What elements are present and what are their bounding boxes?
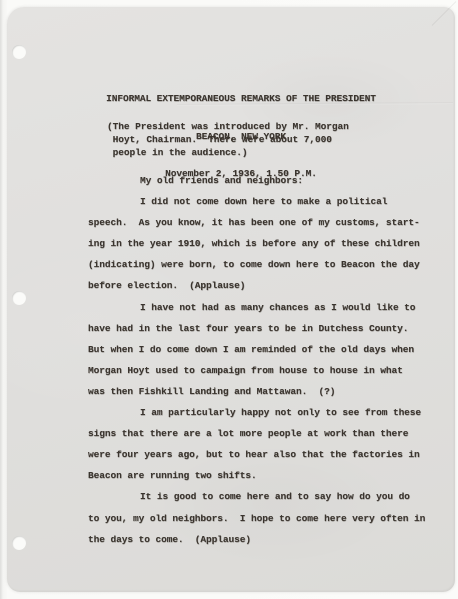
typed-line: the days to come. (Applause) [88,529,425,550]
typed-line: I did not come down here to make a polit… [88,191,425,212]
punch-hole-bottom [12,536,26,550]
punch-hole-middle [12,291,26,305]
scan-background: INFORMAL EXTEMPORANEOUS REMARKS OF THE P… [0,0,458,599]
typed-line: It is good to come here and to say how d… [88,486,425,507]
typed-line: But when I do come down I am reminded of… [88,339,425,360]
introduction-note-line: (The President was introduced by Mr. Mor… [107,120,349,133]
document-title: INFORMAL EXTEMPORANEOUS REMARKS OF THE P… [17,93,458,106]
typed-line: were four years ago, but to hear also th… [88,444,425,465]
typed-line: (indicating) were born, to come down her… [88,254,425,275]
typed-line: I am particularly happy not only to see … [88,402,425,423]
typed-line: Beacon are running two shifts. [88,465,425,486]
typed-line: Morgan Hoyt used to campaign from house … [88,360,425,381]
typed-line: My old friends and neighbors: [88,170,425,191]
typed-line: signs that there are a lot more people a… [88,423,425,444]
introduction-note-line: people in the audience.) [107,146,349,159]
corner-fold-mark [432,1,457,26]
typed-line: before election. (Applause) [88,275,425,296]
typed-line: was then Fishkill Landing and Mattawan. … [88,381,425,402]
punch-hole-top [12,45,26,59]
typed-line: ing in the year 1910, which is before an… [88,233,425,254]
typed-line: to you, my old neighbors. I hope to come… [88,508,425,529]
document-page: INFORMAL EXTEMPORANEOUS REMARKS OF THE P… [7,7,455,592]
speech-body: My old friends and neighbors:I did not c… [88,170,425,550]
introduction-note-line: Hoyt, Chairman. There were about 7,000 [107,133,349,146]
introduction-note: (The President was introduced by Mr. Mor… [107,120,349,160]
typed-line: I have not had as many chances as I woul… [88,297,425,318]
typed-line: speech. As you know, it has been one of … [88,212,425,233]
typed-line: have had in the last four years to be in… [88,318,425,339]
